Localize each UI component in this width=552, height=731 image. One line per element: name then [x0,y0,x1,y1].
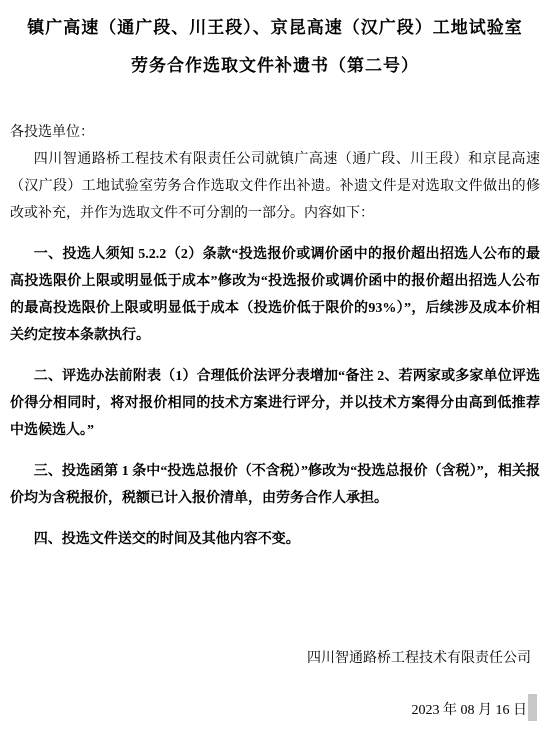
amendment-item-1: 一、投选人须知 5.2.2（2）条款“投选报价或调价函中的报价超出招选人公布的最… [10,241,540,349]
amendment-item-3: 三、投选函第 1 条中“投选总报价（不含税）”修改为“投选总报价（含税）”，相关… [10,458,540,512]
salutation: 各投选单位： [10,119,540,146]
amendment-item-4: 四、投选文件送交的时间及其他内容不变。 [10,526,540,553]
company-signature: 四川智通路桥工程技术有限责任公司 [307,645,531,672]
amendment-item-2: 二、评选办法前附表（1）合理低价法评分表增加“备注 2、若两家或多家单位评选价得… [10,363,540,444]
document-page: 镇广高速（通广段、川王段）、京昆高速（汉广段）工地试验室 劳务合作选取文件补遗书… [0,0,552,731]
document-title-line2: 劳务合作选取文件补遗书（第二号） [10,47,540,85]
document-date: 2023 年 08 月 16 日 [412,703,528,718]
date-line: 2023 年 08 月 16 日 [412,694,538,724]
intro-paragraph: 四川智通路桥工程技术有限责任公司就镇广高速（通广段、川王段）和京昆高速（汉广段）… [10,146,540,227]
document-title: 镇广高速（通广段、川王段）、京昆高速（汉广段）工地试验室 劳务合作选取文件补遗书… [10,9,540,85]
document-title-line1: 镇广高速（通广段、川王段）、京昆高速（汉广段）工地试验室 [10,9,540,47]
text-cursor-block [528,694,537,721]
